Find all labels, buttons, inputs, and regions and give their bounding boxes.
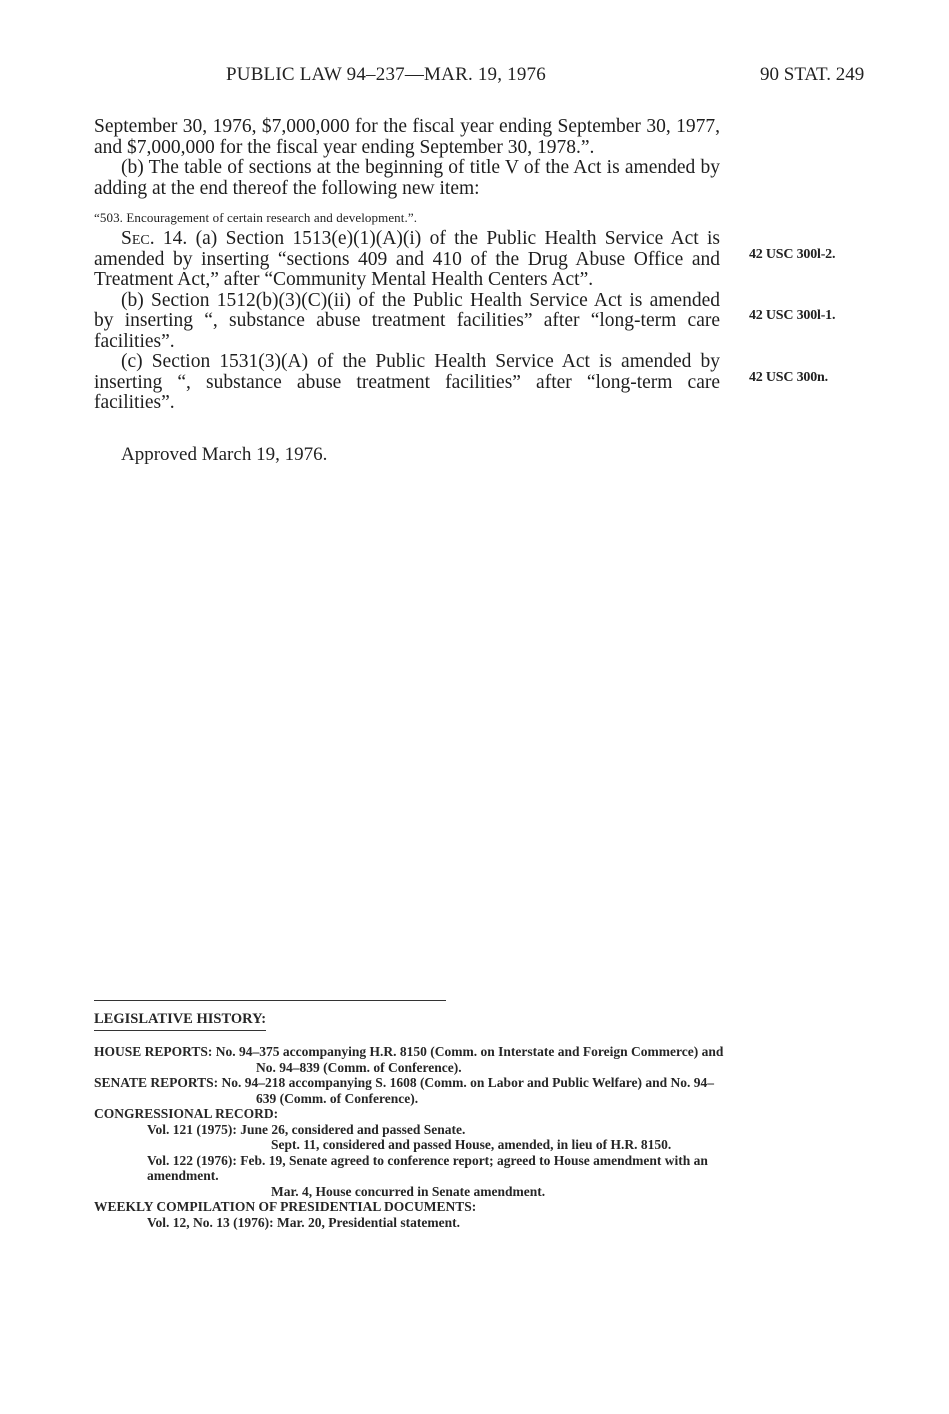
new-item-503: “503. Encouragement of certain research … [94,208,720,229]
approval-date: Approved March 19, 1976. [121,444,327,466]
margin-note-usc-300l-2: 42 USC 300l-2. [749,247,835,263]
margin-note-usc-300n: 42 USC 300n. [749,370,828,386]
margin-note-usc-300l-1: 42 USC 300l-1. [749,308,835,324]
record-vol-122-entry-2: Mar. 4, House concurred in Senate amendm… [94,1184,734,1200]
record-vol-122-entry-1: Vol. 122 (1976): Feb. 19, Senate agreed … [94,1153,734,1184]
weekly-compilation-entry: Vol. 12, No. 13 (1976): Mar. 20, Preside… [94,1215,734,1231]
record-vol-122-entry-1-text: Vol. 122 (1976): Feb. 19, Senate agreed … [147,1153,708,1184]
legislative-history-title: LEGISLATIVE HISTORY: [94,1011,266,1031]
weekly-compilation-heading: WEEKLY COMPILATION OF PRESIDENTIAL DOCUM… [94,1199,734,1215]
paragraph-appropriations: September 30, 1976, $7,000,000 for the f… [94,117,720,158]
page-header-title: PUBLIC LAW 94–237—MAR. 19, 1976 [226,64,546,86]
section-14: Sec. 14. (a) Section 1513(e)(1)(A)(i) of… [94,229,720,414]
congressional-record-heading: CONGRESSIONAL RECORD: [94,1106,734,1122]
record-vol-121-entry-1: Vol. 121 (1975): June 26, considered and… [94,1122,734,1138]
legislative-history: HOUSE REPORTS: No. 94–375 accompanying H… [94,1044,734,1230]
section-14a: Sec. 14. (a) Section 1513(e)(1)(A)(i) of… [94,229,720,291]
paragraph-13b: (b) The table of sections at the beginni… [94,158,720,199]
senate-reports: SENATE REPORTS: No. 94–218 accompanying … [94,1075,734,1106]
section-14c: (c) Section 1531(3)(A) of the Public Hea… [94,352,720,414]
house-reports: HOUSE REPORTS: No. 94–375 accompanying H… [94,1044,734,1075]
record-vol-121-entry-2: Sept. 11, considered and passed House, a… [94,1137,734,1153]
footnote-divider [94,1000,446,1001]
section-14a-text: (a) Section 1513(e)(1)(A)(i) of the Publ… [94,228,720,290]
document-page: PUBLIC LAW 94–237—MAR. 19, 1976 90 STAT.… [0,0,949,1414]
section-13-continuation: September 30, 1976, $7,000,000 for the f… [94,117,720,237]
section-14b: (b) Section 1512(b)(3)(C)(ii) of the Pub… [94,291,720,353]
page-header-stat-number: 90 STAT. 249 [760,64,864,86]
section-14-label: Sec. 14. [121,228,187,249]
